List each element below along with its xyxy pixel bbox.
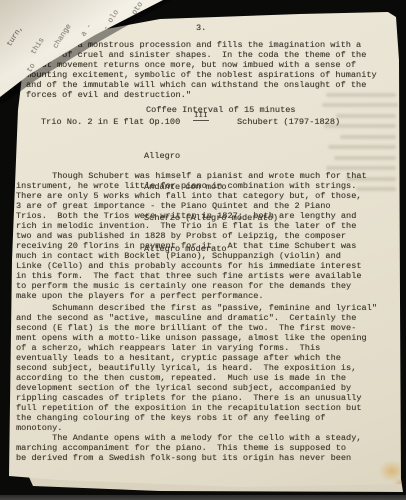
composer-dates: Schubert (1797-1828) — [237, 117, 340, 127]
work-title: Trio No. 2 in E flat Op.100 — [41, 117, 180, 127]
schubert-paragraph: Though Schubert was himself a pianist an… — [16, 171, 367, 301]
show-through-mark — [326, 166, 396, 170]
scanned-page-photo: 3. ge of a monstrous procession and fill… — [0, 0, 406, 500]
movement-item: Allegro — [144, 151, 278, 161]
fold-text-fragment: this — [30, 37, 47, 57]
andante-paragraph: The Andante opens with a melody for the … — [16, 433, 362, 463]
table-edge — [0, 495, 406, 500]
page-number: 3. — [196, 23, 206, 33]
show-through-mark — [334, 156, 396, 160]
show-through-mark — [340, 135, 396, 139]
schumann-paragraph: Schumann described the first as "passive… — [16, 303, 377, 433]
paper-stain — [379, 461, 405, 481]
inserted-numeral: III — [193, 112, 209, 121]
fold-text-fragment: a - — [80, 23, 94, 39]
interval-notice: Coffee Interval of 15 minutes — [146, 105, 296, 115]
show-through-mark — [336, 114, 396, 118]
fold-text-fragment: change — [52, 23, 74, 50]
program-page: 3. ge of a monstrous procession and fill… — [0, 0, 406, 500]
fold-text-fragment: turn, — [6, 25, 25, 48]
show-through-mark — [328, 145, 396, 149]
show-through-mark — [322, 103, 398, 107]
